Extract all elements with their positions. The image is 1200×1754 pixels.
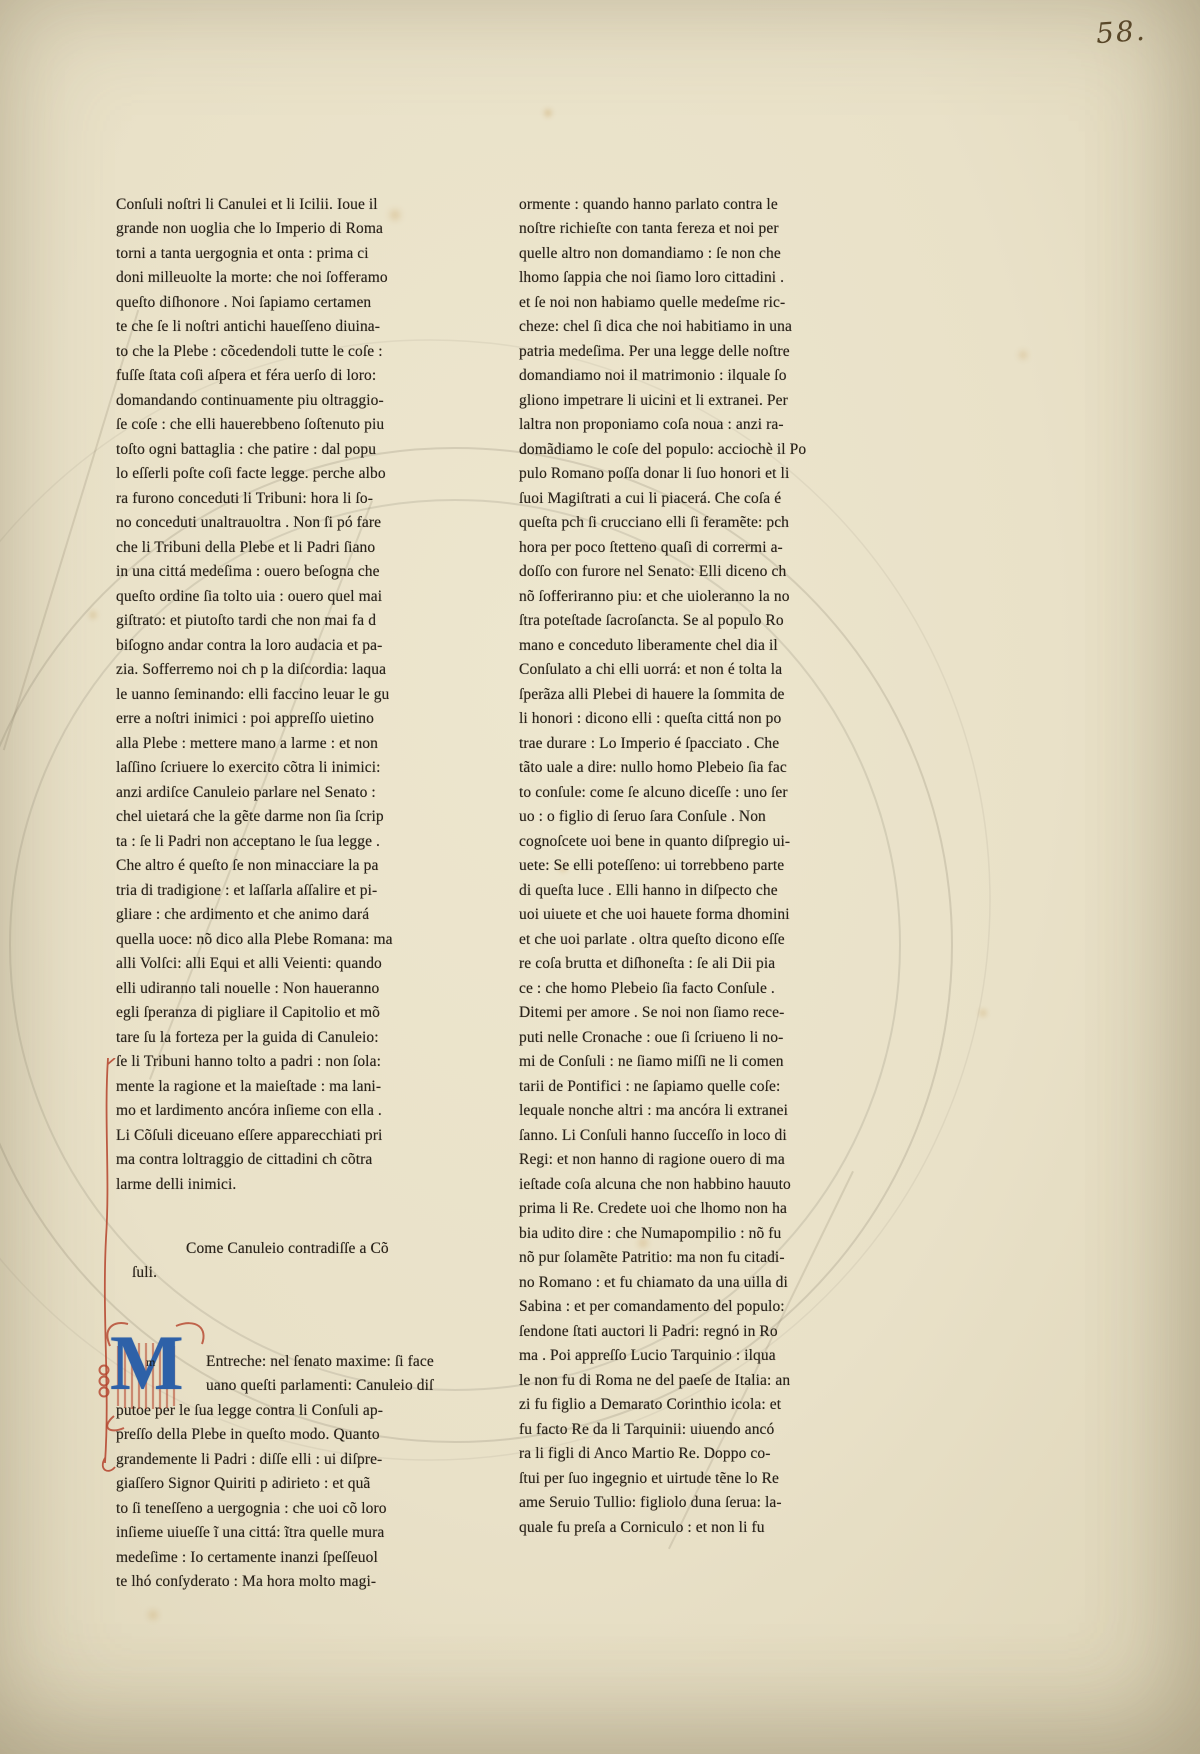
left-paragraph-1: Conſuli noſtri li Canulei et li Icilii. … (116, 193, 470, 1198)
manuscript-page: 58. Conſuli noſtri li Canulei et li Icil… (0, 0, 1200, 1754)
right-column: ormente : quando hanno parlato contra le… (519, 168, 873, 1565)
chapter-heading: Come Canuleio contradiſſe a Cõ ſuli. (116, 1237, 470, 1286)
left-column: Conſuli noſtri li Canulei et li Icilii. … (116, 168, 470, 1619)
initial-guide-letter: m (146, 1350, 155, 1375)
folio-number: 58. (1095, 11, 1187, 50)
illuminated-initial: M m (116, 1350, 202, 1398)
right-paragraph-1: ormente : quando hanno parlato contra le… (519, 193, 873, 1541)
foxing-spots (0, 0, 6, 6)
left-paragraph-2: M m Entreche: nel ſenato maxime: ſi face… (116, 1325, 470, 1595)
